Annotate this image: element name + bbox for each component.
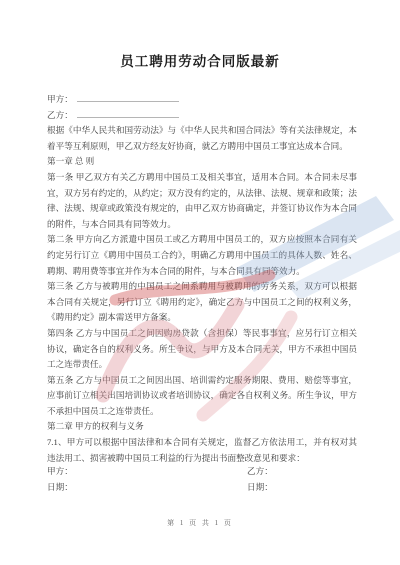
party-b-line: 乙方：	[47, 108, 357, 124]
chapter-2-heading: 第二章 甲方的权利与义务	[47, 419, 357, 435]
party-a-blank	[77, 93, 179, 102]
page-title: 员工聘用劳动合同版最新	[0, 0, 400, 70]
chapter-1-heading: 第一章 总 则	[47, 154, 357, 170]
signature-party-b-label: 乙方：	[247, 464, 357, 480]
preamble-paragraph: 根据《中华人民共和国劳动法》与《中华人民共和国合同法》等有关法律规定，本着平等互…	[47, 123, 357, 154]
clause-paragraph-2: 第二条 甲方向乙方派遣中国员工或乙方聘用中国员工的，双方应按照本合同有关约定另行…	[47, 232, 357, 279]
signature-date-b-label: 日期：	[247, 480, 357, 496]
clause-paragraph-5: 第五条 乙方与中国员工之间因出国、培训需约定服务期限、费用、赔偿等事宜，应事前订…	[47, 373, 357, 420]
signature-date-a-label: 日期：	[47, 480, 247, 496]
signature-party-a-label: 甲方：	[47, 464, 247, 480]
party-b-blank	[77, 109, 179, 118]
clause-paragraph-1: 第一条 甲乙双方有关乙方聘用中国员工及相关事宜，适用本合同。本合同未尽事宜，双方…	[47, 170, 357, 232]
clause-paragraph-3: 第三条 乙方与被聘用的中国员工之间系聘用与被聘用的劳务关系，双方可以根据本合同有…	[47, 279, 357, 326]
contract-page: 员工聘用劳动合同版最新 甲方： 乙方： 根据《中华人民共和国劳动法》与《中华人民…	[0, 0, 400, 565]
party-a-line: 甲方：	[47, 92, 357, 108]
signature-name-row: 甲方： 乙方：	[47, 464, 357, 480]
signature-date-row: 日期： 日期：	[47, 480, 357, 496]
page-number-footer: 第 1 页 共 1 页	[0, 518, 400, 528]
document-body: 甲方： 乙方： 根据《中华人民共和国劳动法》与《中华人民共和国合同法》等有关法律…	[47, 92, 357, 466]
party-b-label: 乙方：	[47, 110, 73, 120]
party-a-label: 甲方：	[47, 94, 73, 104]
clause-paragraph-7-1: 7.1、甲方可以根据中国法律和本合同有关规定，监督乙方依法用工，并有权对其违法用…	[47, 435, 357, 466]
signature-block: 甲方： 乙方： 日期： 日期：	[47, 464, 357, 495]
clause-paragraph-4: 第四条 乙方与中国员工之间因购房贷款（含担保）等民事事宜，应另行订立相关协议，确…	[47, 326, 357, 373]
